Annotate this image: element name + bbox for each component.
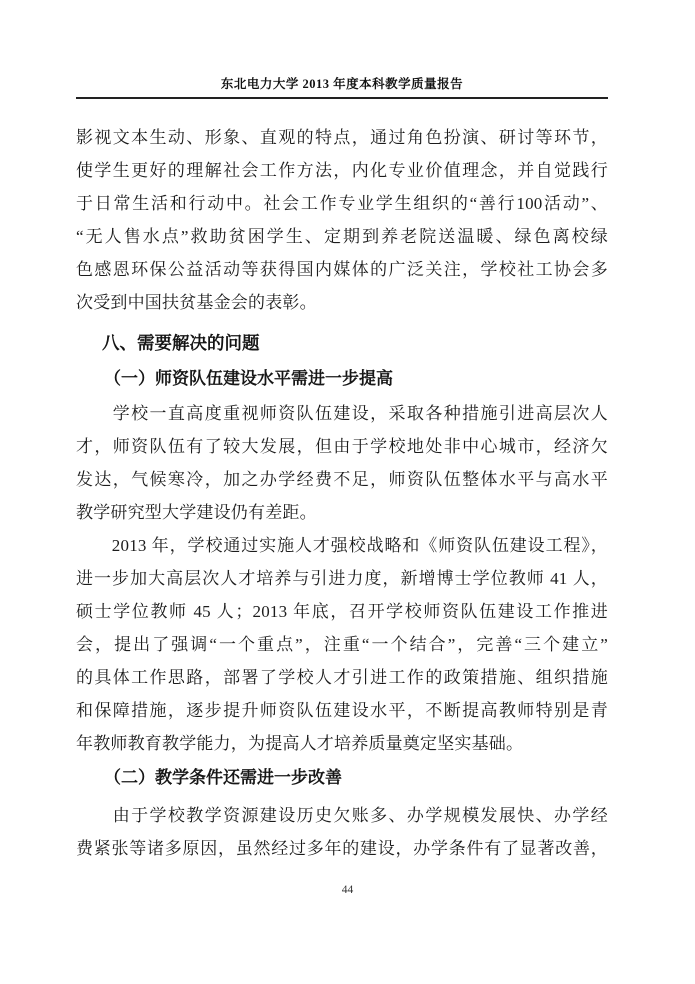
document-page: 东北电力大学 2013 年度本科教学质量报告 影视文本生动、形象、直观的特点，通… [0,0,695,984]
subsection-heading-conditions: （二）教学条件还需进一步改善 [76,760,608,796]
text-line: 学校一直高度重视师资队伍建设，采取各种措施引进高层次人 [76,397,608,430]
header-rule [76,97,608,99]
text-line: 才，师资队伍有了较大发展，但由于学校地处非中心城市，经济欠 [76,430,608,463]
text-line: 使学生更好的理解社会工作方法，内化专业价值理念，并自觉践行 [76,154,608,187]
text-line: 的具体工作思路，部署了学校人才引进工作的政策措施、组织措施 [76,661,608,694]
text-line: 和保障措施，逐步提升师资队伍建设水平，不断提高教师特别是青 [76,694,608,727]
text-line: 教学研究型大学建设仍有差距。 [76,496,608,529]
text-line: 2013 年，学校通过实施人才强校战略和《师资队伍建设工程》， [76,529,608,562]
text-line: 色感恩环保公益活动等获得国内媒体的广泛关注，学校社工协会多 [76,253,608,286]
subsection-heading-faculty: （一）师资队伍建设水平需进一步提高 [76,361,608,397]
document-body: 影视文本生动、形象、直观的特点，通过角色扮演、研讨等环节，使学生更好的理解社会工… [76,121,608,865]
text-line: 费紧张等诸多原因，虽然经过多年的建设，办学条件有了显著改善， [76,832,608,865]
page-header: 东北电力大学 2013 年度本科教学质量报告 [76,76,608,99]
paragraph-social-work: 影视文本生动、形象、直观的特点，通过角色扮演、研讨等环节，使学生更好的理解社会工… [76,121,608,319]
text-line: 会，提出了强调“一个重点”，注重“一个结合”，完善“三个建立” [76,628,608,661]
text-line: 发达，气候寒冷，加之办学经费不足，师资队伍整体水平与高水平 [76,463,608,496]
text-line: 次受到中国扶贫基金会的表彰。 [76,286,608,319]
paragraph-faculty-overview: 学校一直高度重视师资队伍建设，采取各种措施引进高层次人才，师资队伍有了较大发展，… [76,397,608,529]
text-line: “无人售水点”救助贫困学生、定期到养老院送温暖、绿色离校绿 [76,220,608,253]
text-line: 年教师教育教学能力，为提高人才培养质量奠定坚实基础。 [76,727,608,760]
page-number: 44 [0,882,695,898]
text-line: 影视文本生动、形象、直观的特点，通过角色扮演、研讨等环节， [76,121,608,154]
paragraph-faculty-2013: 2013 年，学校通过实施人才强校战略和《师资队伍建设工程》，进一步加大高层次人… [76,529,608,760]
header-title: 东北电力大学 2013 年度本科教学质量报告 [76,76,608,92]
text-line: 于日常生活和行动中。社会工作专业学生组织的“善行100活动”、 [76,187,608,220]
paragraph-teaching-conditions: 由于学校教学资源建设历史欠账多、办学规模发展快、办学经费紧张等诸多原因，虽然经过… [76,799,608,865]
text-line: 硕士学位教师 45 人；2013 年底，召开学校师资队伍建设工作推进 [76,595,608,628]
text-line: 进一步加大高层次人才培养与引进力度，新增博士学位教师 41 人， [76,562,608,595]
text-line: 由于学校教学资源建设历史欠账多、办学规模发展快、办学经 [76,799,608,832]
section-heading-problems: 八、需要解决的问题 [76,325,608,361]
